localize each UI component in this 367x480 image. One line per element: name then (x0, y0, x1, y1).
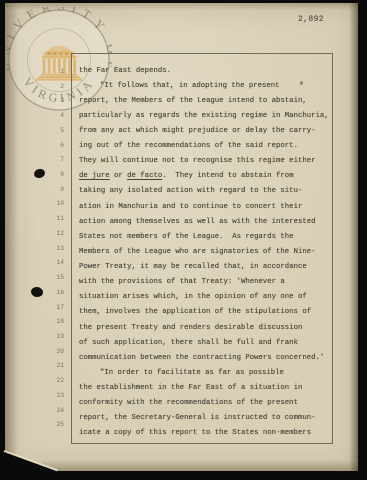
margin-rule-bottom (71, 443, 333, 444)
document-line: action among themselves as well as with … (79, 217, 337, 227)
text-segment: or (110, 172, 128, 180)
text-segment: Members of the League who are signatorie… (79, 248, 315, 256)
text-segment: the present Treaty and renders desirable… (79, 324, 302, 332)
document-line: the Far East depends. (79, 66, 337, 76)
line-number: 10 (44, 200, 64, 207)
text-segment: them, involves the application of the st… (79, 308, 311, 316)
document-line: "In order to facilitate as far as possib… (79, 368, 358, 378)
text-segment: "It follows that, in adopting the presen… (100, 82, 280, 90)
page-number: 2,892 (298, 15, 324, 24)
text-segment: They will continue not to recognise this… (79, 157, 315, 165)
text-segment: report, the Members of the League intend… (79, 97, 307, 105)
text-segment: "In order to facilitate as far as possib… (100, 369, 284, 377)
line-number: 5 (44, 127, 64, 134)
text-segment: communication between the contracting Po… (79, 354, 324, 362)
line-number: 12 (44, 230, 64, 237)
text-segment: particularly as regards the existing reg… (79, 112, 329, 120)
line-number: 4 (44, 112, 64, 119)
document-line: States not members of the League. As reg… (79, 232, 337, 242)
document-line: conformity with the recommendations of t… (79, 398, 337, 408)
text-segment: States not members of the League. As reg… (79, 233, 294, 241)
document-line: ing out of the recommendations of the sa… (79, 141, 337, 151)
document-line: report, the Members of the League intend… (79, 96, 337, 106)
line-number: 23 (44, 392, 64, 399)
text-segment: action among themselves as well as with … (79, 218, 315, 226)
document-line: of such application, there shall be full… (79, 338, 337, 348)
text-segment: Power Treaty, it may be recalled that, i… (79, 263, 307, 271)
document-line: ation in Manchuria and to continue to co… (79, 202, 337, 212)
document-line: "It follows that, in adopting the presen… (79, 81, 358, 91)
line-number: 6 (44, 142, 64, 149)
text-segment: situation arises which, in the opinion o… (79, 293, 307, 301)
text-segment: conformity with the recommendations of t… (79, 399, 298, 407)
line-number: 9 (44, 186, 64, 193)
line-number: 11 (44, 215, 64, 222)
line-number: 13 (44, 245, 64, 252)
line-number: 20 (44, 348, 64, 355)
document-line: taking any isolated action with regard t… (79, 186, 337, 196)
margin-rule-top (71, 53, 333, 54)
line-number: 17 (44, 304, 64, 311)
underlined-text: de jure (79, 172, 110, 180)
underlined-text: de facto (127, 172, 162, 180)
margin-rule-left (71, 53, 72, 443)
line-number: 16 (44, 289, 64, 296)
document-line: Members of the League who are signatorie… (79, 247, 337, 257)
document-line: with the provisions of that Treaty: 'Whe… (79, 277, 337, 287)
document-line: communication between the contracting Po… (79, 353, 337, 363)
document-line: They will continue not to recognise this… (79, 156, 337, 166)
text-segment: the Far East depends. (79, 67, 171, 75)
document-line: the establishment in the Far East of a s… (79, 383, 337, 393)
text-segment: icate a copy of this report to the State… (79, 429, 311, 437)
line-number: 14 (44, 259, 64, 266)
text-segment: . They intend to abstain from (162, 172, 293, 180)
line-number: 1 (44, 68, 64, 75)
text-segment: report, the Secretary-General is instruc… (79, 414, 315, 422)
document-line: from any act which might prejudice or de… (79, 126, 337, 136)
line-number: 7 (44, 156, 64, 163)
scanned-document-view: UNIVERSITY OF VIRGINIA 2,892 12345678910… (0, 0, 367, 480)
line-number: 19 (44, 333, 64, 340)
line-number: 8 (44, 171, 64, 178)
text-segment: taking any isolated action with regard t… (79, 187, 302, 195)
document-line: particularly as regards the existing reg… (79, 111, 337, 121)
document-line: them, involves the application of the st… (79, 307, 337, 317)
text-segment: the establishment in the Far East of a s… (79, 384, 302, 392)
line-number: 22 (44, 377, 64, 384)
line-number: 3 (44, 97, 64, 104)
line-number: 18 (44, 318, 64, 325)
text-segment: from any act which might prejudice or de… (79, 127, 315, 135)
line-number: 24 (44, 407, 64, 414)
document-line: Power Treaty, it may be recalled that, i… (79, 262, 337, 272)
text-segment: ing out of the recommendations of the sa… (79, 142, 298, 150)
document-line: report, the Secretary-General is instruc… (79, 413, 337, 423)
text-segment: with the provisions of that Treaty: 'Whe… (79, 278, 285, 286)
document-line: the present Treaty and renders desirable… (79, 323, 337, 333)
line-number: 15 (44, 274, 64, 281)
line-number: 25 (44, 421, 64, 428)
document-line: icate a copy of this report to the State… (79, 428, 337, 438)
document-line: situation arises which, in the opinion o… (79, 292, 337, 302)
text-segment: of such application, there shall be full… (79, 339, 298, 347)
text-segment: ation in Manchuria and to continue to co… (79, 203, 302, 211)
document-line: de jure or de facto. They intend to abst… (79, 171, 337, 181)
line-number: 21 (44, 362, 64, 369)
line-number: 2 (44, 83, 64, 90)
